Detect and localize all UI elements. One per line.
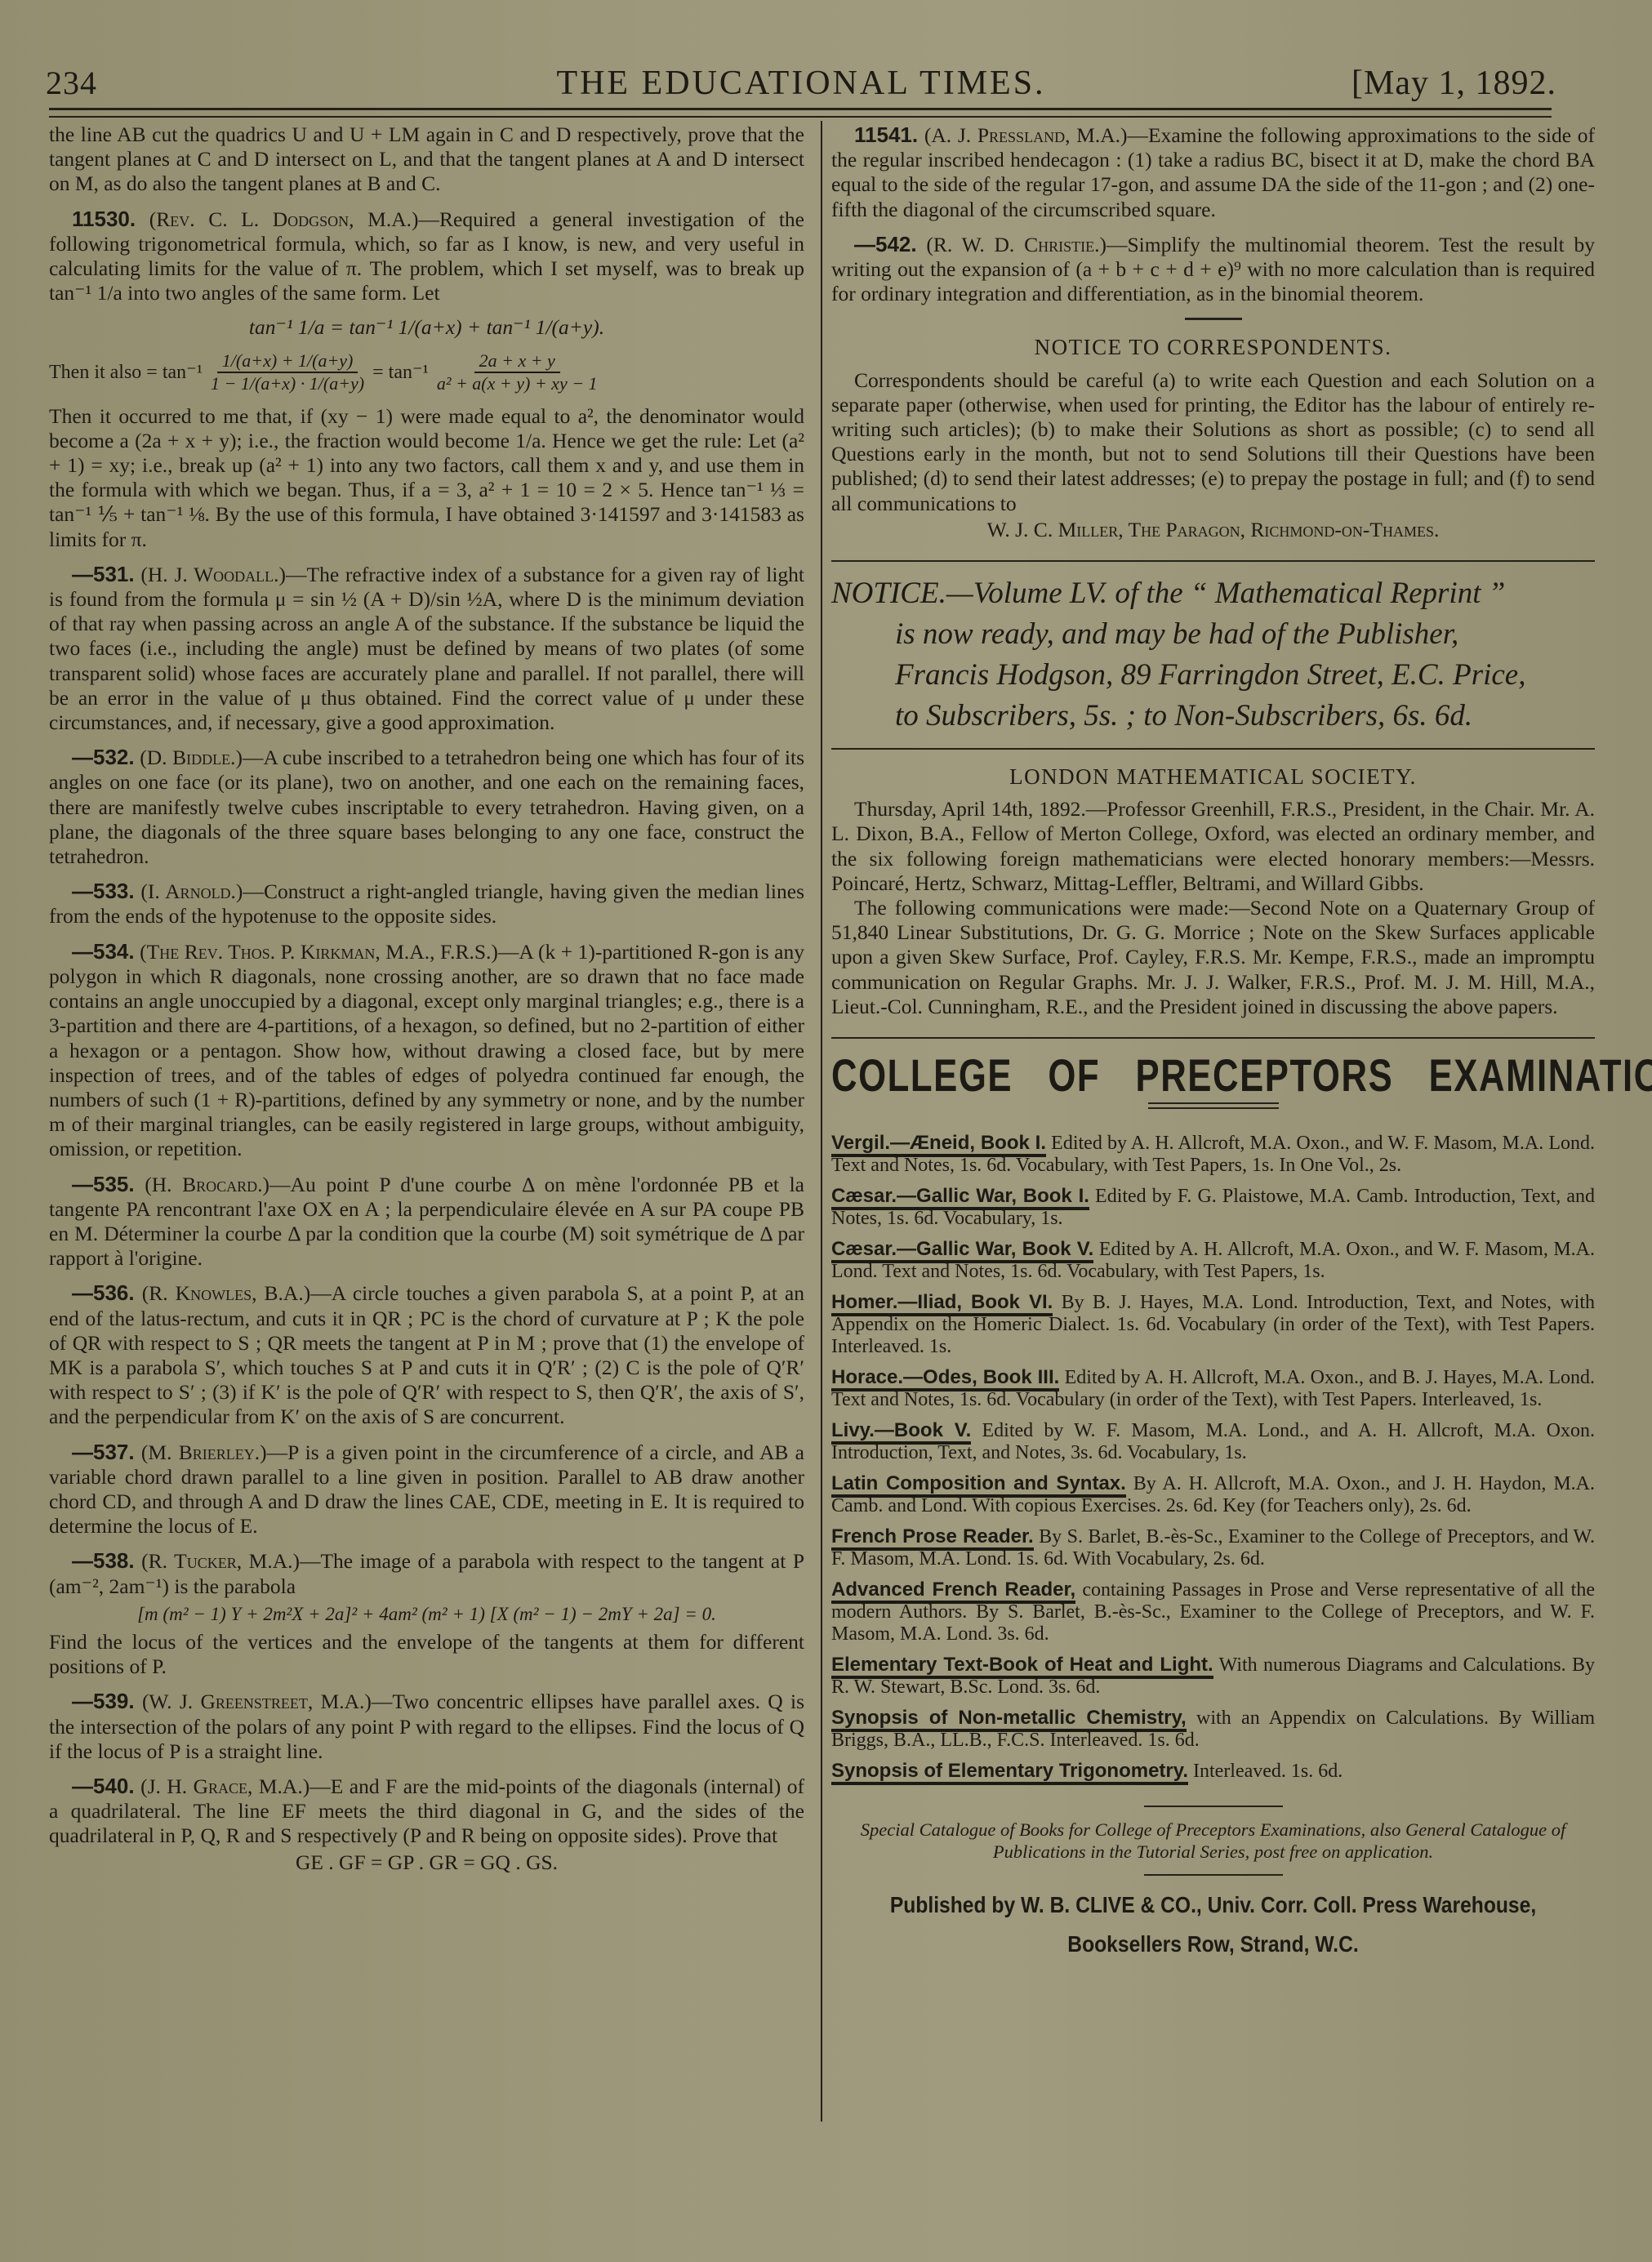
book-listing: French Prose Reader. By S. Barlet, B.-ès… bbox=[831, 1525, 1595, 1570]
question-539: —539. (W. J. Greenstreet, M.A.)—Two conc… bbox=[49, 1689, 804, 1764]
book-title: Livy.—Book V. bbox=[831, 1419, 971, 1445]
book-title: Advanced French Reader, bbox=[831, 1579, 1075, 1604]
question-number: —531. bbox=[72, 562, 135, 586]
section-divider bbox=[831, 1037, 1595, 1039]
book-listing: Cæsar.—Gallic War, Book I. Edited by F. … bbox=[831, 1185, 1595, 1230]
right-column: 11541. (A. J. Pressland, M.A.)—Examine t… bbox=[831, 122, 1595, 1964]
header-rule-secondary bbox=[49, 116, 1552, 118]
notice-correspondents-text: Correspondents should be careful (a) to … bbox=[831, 368, 1595, 516]
book-title: Cæsar.—Gallic War, Book I. bbox=[831, 1185, 1089, 1210]
question-11541: 11541. (A. J. Pressland, M.A.)—Examine t… bbox=[831, 122, 1595, 222]
book-title: Vergil.—Æneid, Book I. bbox=[831, 1132, 1046, 1157]
reprint-notice-line: is now ready, and may be had of the Publ… bbox=[831, 614, 1595, 655]
publication-title: THE EDUCATIONAL TIMES. bbox=[46, 64, 1556, 103]
left-column: the line AB cut the quadrics U and U + L… bbox=[49, 122, 804, 1875]
header-rule bbox=[49, 108, 1552, 110]
formula-tan-inverse: tan⁻¹ 1/a = tan⁻¹ 1/(a+x) + tan⁻¹ 1/(a+y… bbox=[49, 315, 804, 340]
reprint-notice: NOTICE.—Volume LV. of the “ Mathematical… bbox=[831, 573, 1595, 737]
question-540: —540. (J. H. Grace, M.A.)—E and F are th… bbox=[49, 1774, 804, 1849]
question-542: —542. (R. W. D. Christie.)—Simplify the … bbox=[831, 232, 1595, 307]
formula-rhs-lead: = tan⁻¹ bbox=[372, 360, 429, 385]
question-number: —539. bbox=[72, 1689, 135, 1713]
formula-parabola: [m (m² − 1) Y + 2m²X + 2a]² + 4am² (m² +… bbox=[49, 1602, 804, 1627]
fraction-numerator: 2a + x + y bbox=[474, 350, 560, 373]
book-listing: Cæsar.—Gallic War, Book V. Edited by A. … bbox=[831, 1238, 1595, 1283]
notice-correspondents-title: NOTICE TO CORRESPONDENTS. bbox=[831, 335, 1595, 359]
question-author: (H. J. Woodall.) bbox=[140, 563, 286, 586]
newspaper-page: 234 THE EDUCATIONAL TIMES. [May 1, 1892.… bbox=[0, 0, 1652, 2262]
fraction-right: 2a + x + y a² + a(x + y) + xy − 1 bbox=[437, 350, 598, 394]
question-author: (H. Brocard.) bbox=[145, 1173, 269, 1196]
fraction-left: 1/(a+x) + 1/(a+y) 1 − 1/(a+x) · 1/(a+y) bbox=[211, 350, 364, 394]
question-531: —531. (H. J. Woodall.)—The refractive in… bbox=[49, 562, 804, 735]
question-11530: 11530. (Rev. C. L. Dodgson, M.A.)—Requir… bbox=[49, 207, 804, 306]
book-title: Latin Composition and Syntax. bbox=[831, 1472, 1126, 1498]
section-divider bbox=[1185, 318, 1242, 320]
question-author: (Rev. C. L. Dodgson, M.A.) bbox=[149, 207, 419, 231]
publisher-line: Published by W. B. CLIVE & CO., Univ. Co… bbox=[877, 1886, 1549, 1925]
question-author: (A. J. Pressland, M.A.) bbox=[924, 123, 1128, 147]
question-number: —533. bbox=[72, 879, 135, 903]
question-author: (R. Knowles, B.A.) bbox=[142, 1281, 311, 1305]
book-listing: Horace.—Odes, Book III. Edited by A. H. … bbox=[831, 1366, 1595, 1411]
question-number: —535. bbox=[72, 1172, 135, 1196]
book-title: Synopsis of Elementary Trigonometry. bbox=[831, 1760, 1188, 1785]
question-author: (J. H. Grace, M.A.) bbox=[140, 1774, 309, 1798]
question-author: (The Rev. Thos. P. Kirkman, M.A., F.R.S.… bbox=[140, 940, 498, 964]
book-title: Elementary Text-Book of Heat and Light. bbox=[831, 1654, 1213, 1679]
question-author: (D. Biddle.) bbox=[140, 746, 243, 769]
question-text: —The refractive index of a substance for… bbox=[49, 563, 804, 734]
formula-ge-gf: GE . GF = GP . GR = GQ . GS. bbox=[49, 1850, 804, 1875]
question-535: —535. (H. Brocard.)—Au point P d'une cou… bbox=[49, 1172, 804, 1271]
lms-title: LONDON MATHEMATICAL SOCIETY. bbox=[831, 764, 1595, 789]
book-title: Homer.—Iliad, Book VI. bbox=[831, 1291, 1053, 1316]
question-537: —537. (M. Brierley.)—P is a given point … bbox=[49, 1440, 804, 1539]
question-author: (W. J. Greenstreet, M.A.) bbox=[142, 1690, 372, 1713]
book-title: Synopsis of Non-metallic Chemistry, bbox=[831, 1707, 1187, 1732]
book-listing: Advanced French Reader, containing Passa… bbox=[831, 1579, 1595, 1645]
issue-date: [May 1, 1892. bbox=[1351, 64, 1556, 103]
book-listing: Latin Composition and Syntax. By A. H. A… bbox=[831, 1472, 1595, 1517]
column-divider bbox=[821, 121, 822, 2122]
continuation-paragraph: the line AB cut the quadrics U and U + L… bbox=[49, 122, 804, 197]
fraction-denominator: 1 − 1/(a+x) · 1/(a+y) bbox=[211, 373, 364, 394]
question-11530-continued: Then it occurred to me that, if (xy − 1)… bbox=[49, 404, 804, 552]
fraction-denominator: a² + a(x + y) + xy − 1 bbox=[437, 373, 598, 394]
question-number: 11530. bbox=[72, 207, 136, 231]
question-number: —537. bbox=[72, 1440, 135, 1464]
lms-paragraph: The following communications were made:—… bbox=[831, 896, 1595, 1019]
book-listing: Livy.—Book V. Edited by W. F. Masom, M.A… bbox=[831, 1419, 1595, 1464]
lms-paragraph: Thursday, April 14th, 1892.—Professor Gr… bbox=[831, 797, 1595, 896]
section-divider bbox=[1144, 1806, 1283, 1807]
question-number: —536. bbox=[72, 1280, 135, 1305]
publisher-imprint: Published by W. B. CLIVE & CO., Univ. Co… bbox=[877, 1886, 1549, 1964]
question-number: 11541. bbox=[854, 122, 918, 147]
publisher-line: Booksellers Row, Strand, W.C. bbox=[877, 1925, 1549, 1964]
section-divider bbox=[1144, 1874, 1283, 1876]
book-title: French Prose Reader. bbox=[831, 1525, 1034, 1551]
section-divider bbox=[831, 560, 1595, 562]
reprint-notice-line: Francis Hodgson, 89 Farringdon Street, E… bbox=[831, 655, 1595, 696]
question-534: —534. (The Rev. Thos. P. Kirkman, M.A., … bbox=[49, 939, 804, 1162]
question-number: —534. bbox=[72, 939, 135, 964]
section-divider bbox=[831, 748, 1595, 750]
reprint-notice-line: NOTICE.—Volume LV. of the “ Mathematical… bbox=[831, 573, 1595, 614]
question-text: —A (k + 1)-partitioned R-gon is any poly… bbox=[49, 940, 804, 1161]
question-author: (M. Brierley.) bbox=[141, 1440, 267, 1464]
book-listing: Elementary Text-Book of Heat and Light. … bbox=[831, 1654, 1595, 1699]
page-header: 234 THE EDUCATIONAL TIMES. [May 1, 1892. bbox=[46, 64, 1556, 105]
question-533: —533. (I. Arnold.)—Construct a right-ang… bbox=[49, 879, 804, 928]
book-title: Cæsar.—Gallic War, Book V. bbox=[831, 1238, 1093, 1263]
book-listing: Homer.—Iliad, Book VI. By B. J. Hayes, M… bbox=[831, 1291, 1595, 1358]
book-title: Horace.—Odes, Book III. bbox=[831, 1366, 1059, 1391]
formula-then-also: Then it also = tan⁻¹ 1/(a+x) + 1/(a+y) 1… bbox=[49, 350, 804, 394]
advert-double-rule bbox=[1148, 1102, 1279, 1109]
question-number: —532. bbox=[72, 745, 135, 769]
reprint-notice-line: to Subscribers, 5s. ; to Non-Subscribers… bbox=[831, 696, 1595, 737]
question-author: (R. Tucker, M.A.) bbox=[141, 1549, 300, 1573]
question-532: —532. (D. Biddle.)—A cube inscribed to a… bbox=[49, 745, 804, 869]
question-536: —536. (R. Knowles, B.A.)—A circle touche… bbox=[49, 1280, 804, 1429]
book-listing: Vergil.—Æneid, Book I. Edited by A. H. A… bbox=[831, 1132, 1595, 1177]
book-listing: Synopsis of Non-metallic Chemistry, with… bbox=[831, 1707, 1595, 1752]
formula-lead: Then it also = tan⁻¹ bbox=[49, 360, 203, 385]
book-listing: Synopsis of Elementary Trigonometry. Int… bbox=[831, 1760, 1595, 1783]
question-538-continued: Find the locus of the vertices and the e… bbox=[49, 1630, 804, 1679]
question-number: —540. bbox=[72, 1774, 135, 1798]
advert-title: COLLEGE OF PRECEPTORS EXAMINATIONS. bbox=[831, 1063, 1596, 1088]
question-author: (I. Arnold.) bbox=[140, 879, 243, 903]
question-author: (R. W. D. Christie.) bbox=[926, 233, 1107, 256]
book-list: Vergil.—Æneid, Book I. Edited by A. H. A… bbox=[831, 1132, 1595, 1783]
catalogue-note: Special Catalogue of Books for College o… bbox=[831, 1819, 1595, 1863]
question-number: —538. bbox=[72, 1548, 135, 1573]
notice-correspondents-address: W. J. C. Miller, The Paragon, Richmond-o… bbox=[831, 518, 1595, 542]
fraction-numerator: 1/(a+x) + 1/(a+y) bbox=[217, 350, 358, 373]
book-description: Interleaved. 1s. 6d. bbox=[1193, 1761, 1343, 1782]
question-538: —538. (R. Tucker, M.A.)—The image of a p… bbox=[49, 1548, 804, 1598]
question-number: —542. bbox=[854, 232, 917, 256]
